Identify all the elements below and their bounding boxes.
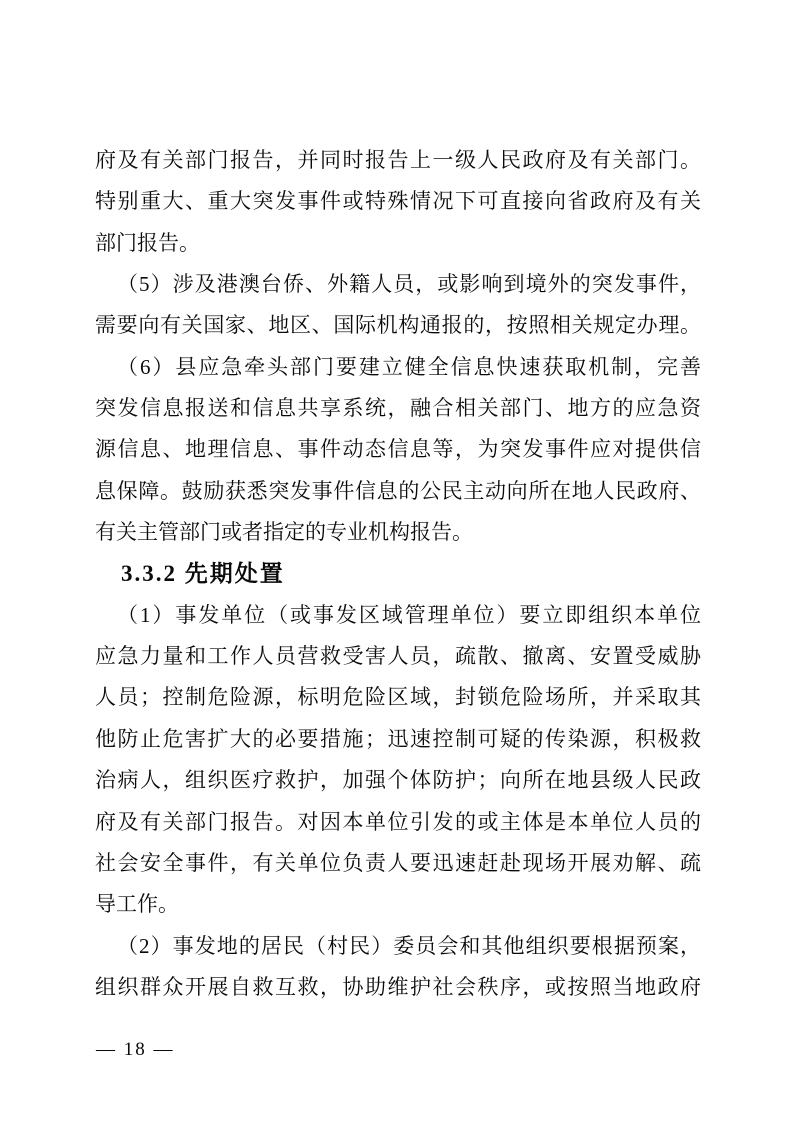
text-line: 突发信息报送和信息共享系统，融合相关部门、地方的应急资 (95, 388, 701, 429)
text-line: （6）县应急牵头部门要建立健全信息快速获取机制，完善 (95, 347, 701, 388)
text-line: 府及有关部门报告。对因本单位引发的或主体是本单位人员的 (95, 802, 701, 843)
text-line: 息保障。鼓励获悉突发事件信息的公民主动向所在地人民政府、 (95, 471, 701, 512)
text-line: 源信息、地理信息、事件动态信息等，为突发事件应对提供信 (95, 429, 701, 470)
text-line: 组织群众开展自救互救，协助维护社会秩序，或按照当地政府 (95, 967, 701, 1008)
text-line: 府及有关部门报告，并同时报告上一级人民政府及有关部门。 (95, 140, 701, 181)
text-line: （1）事发单位（或事发区域管理单位）要立即组织本单位 (95, 595, 701, 636)
text-line: 特别重大、重大突发事件或特殊情况下可直接向省政府及有关 (95, 181, 701, 222)
section-heading: 3.3.2 先期处置 (95, 553, 701, 594)
text-line: 应急力量和工作人员营救受害人员，疏散、撤离、安置受威胁 (95, 636, 701, 677)
document-page: 府及有关部门报告，并同时报告上一级人民政府及有关部门。特别重大、重大突发事件或特… (0, 0, 793, 1122)
text-line: 他防止危害扩大的必要措施；迅速控制可疑的传染源，积极救 (95, 719, 701, 760)
document-body: 府及有关部门报告，并同时报告上一级人民政府及有关部门。特别重大、重大突发事件或特… (95, 140, 701, 1008)
text-line: （5）涉及港澳台侨、外籍人员，或影响到境外的突发事件， (95, 264, 701, 305)
text-line: 导工作。 (95, 884, 701, 925)
text-line: （2）事发地的居民（村民）委员会和其他组织要根据预案， (95, 926, 701, 967)
text-line: 社会安全事件，有关单位负责人要迅速赶赴现场开展劝解、疏 (95, 843, 701, 884)
page-number: — 18 — (96, 1036, 175, 1064)
text-line: 需要向有关国家、地区、国际机构通报的，按照相关规定办理。 (95, 305, 701, 346)
text-line: 治病人，组织医疗救护，加强个体防护；向所在地县级人民政 (95, 760, 701, 801)
text-line: 人员；控制危险源，标明危险区域，封锁危险场所，并采取其 (95, 677, 701, 718)
text-line: 部门报告。 (95, 223, 701, 264)
text-line: 有关主管部门或者指定的专业机构报告。 (95, 512, 701, 553)
